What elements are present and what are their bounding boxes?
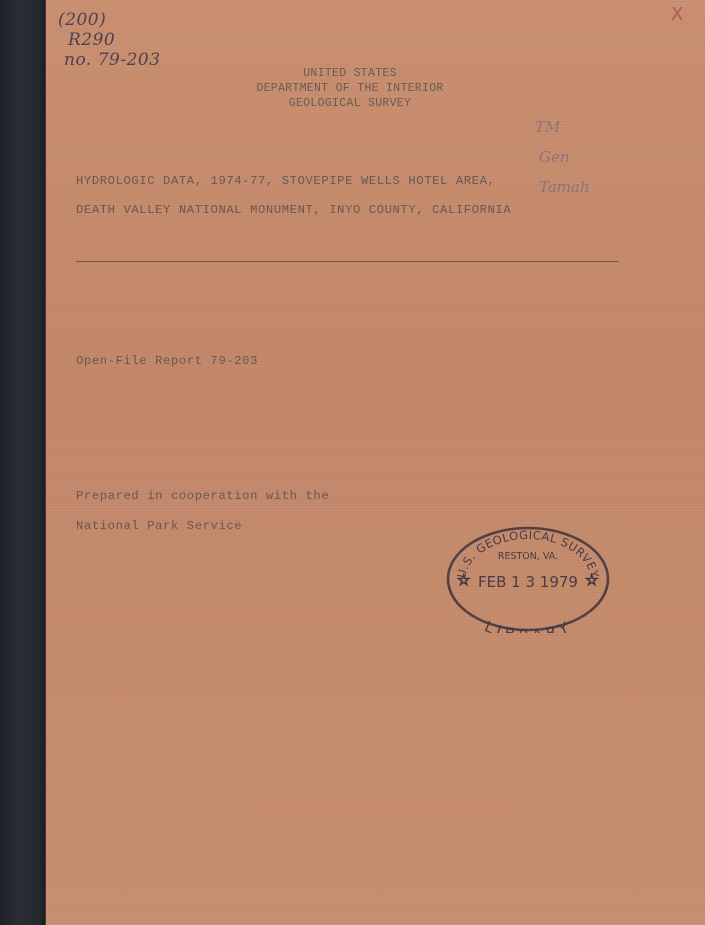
agency-header: UNITED STATES DEPARTMENT OF THE INTERIOR…	[240, 66, 460, 111]
library-received-stamp: U.S. GEOLOGICAL SURVEY RESTON, VA. FEB 1…	[443, 523, 613, 633]
svg-text:LIBRARY: LIBRARY	[482, 617, 574, 633]
title-divider	[76, 261, 619, 262]
pencil-notes: TM Gen Tamah	[535, 112, 590, 202]
report-number: Open-File Report 79-203	[76, 354, 258, 368]
stamp-location: RESTON, VA.	[498, 551, 558, 562]
stamp-bottom-arc: LIBRARY	[482, 617, 574, 633]
stamp-date: FEB 1 3 1979	[478, 573, 578, 591]
call-number-line: (200)	[58, 10, 161, 30]
agency-line-survey: GEOLOGICAL SURVEY	[240, 96, 460, 111]
call-number-line: no. 79-203	[58, 50, 161, 70]
cooperation-line-2: National Park Service	[76, 519, 242, 533]
cooperation-line-1: Prepared in cooperation with the	[76, 489, 329, 503]
star-icon: ☆	[585, 571, 598, 589]
agency-line-department: DEPARTMENT OF THE INTERIOR	[240, 81, 460, 96]
pencil-note-line: Tamah	[535, 172, 590, 202]
report-title-line-1: HYDROLOGIC DATA, 1974-77, STOVEPIPE WELL…	[76, 174, 495, 188]
report-title-line-2: DEATH VALLEY NATIONAL MONUMENT, INYO COU…	[76, 203, 511, 217]
report-cover	[46, 0, 705, 925]
handwritten-call-number: (200) R290 no. 79-203	[58, 10, 161, 70]
pencil-note-line: Gen	[535, 142, 590, 172]
pencil-note-line: TM	[535, 112, 590, 142]
star-icon: ☆	[457, 571, 470, 589]
binding-spine	[0, 0, 46, 925]
agency-line-country: UNITED STATES	[240, 66, 460, 81]
corner-x-mark: X	[671, 4, 683, 25]
call-number-line: R290	[58, 30, 161, 50]
